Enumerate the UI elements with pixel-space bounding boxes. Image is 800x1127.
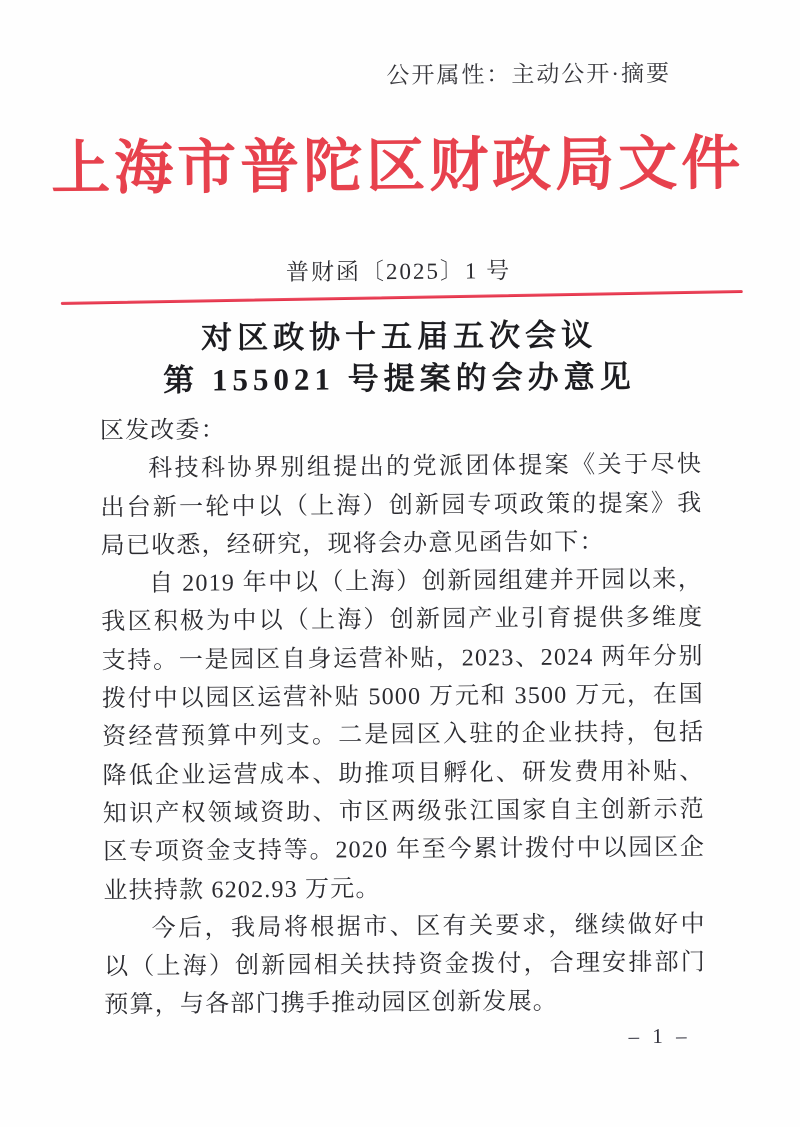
document-number: 普财函〔2025〕1 号 [0,250,799,289]
salutation: 区发改委： [100,408,702,451]
body-paragraph: 科技科协界别组提出的党派团体提案《关于尽快出台新一轮中以（上海）创新园专项政策的… [100,446,703,566]
body-paragraph: 自 2019 年中以（上海）创新园组建并开园以来，我区积极为中以（上海）创新园产… [101,561,706,910]
document-title-line1: 对区政协十五届五次会议 [0,313,799,361]
document-title: 对区政协十五届五次会议 第 155021 号提案的会办意见 [0,313,800,403]
page-number: – 1 – [629,1024,691,1049]
public-attribute-label: 公开属性：主动公开·摘要 [386,55,671,90]
scanned-document: 公开属性：主动公开·摘要 上海市普陀区财政局文件 普财函〔2025〕1 号 对区… [0,0,800,1127]
document-title-line2: 第 155021 号提案的会办意见 [0,355,800,403]
red-divider-line [61,290,743,305]
document-body: 区发改委： 科技科协界别组提出的党派团体提案《关于尽快出台新一轮中以（上海）创新… [100,408,707,1025]
document-page: 公开属性：主动公开·摘要 上海市普陀区财政局文件 普财函〔2025〕1 号 对区… [0,0,800,1127]
agency-red-header: 上海市普陀区财政局文件 [0,115,798,206]
body-paragraph: 今后，我局将根据市、区有关要求，继续做好中以（上海）创新园相关扶持资金拨付，合理… [104,905,707,1025]
